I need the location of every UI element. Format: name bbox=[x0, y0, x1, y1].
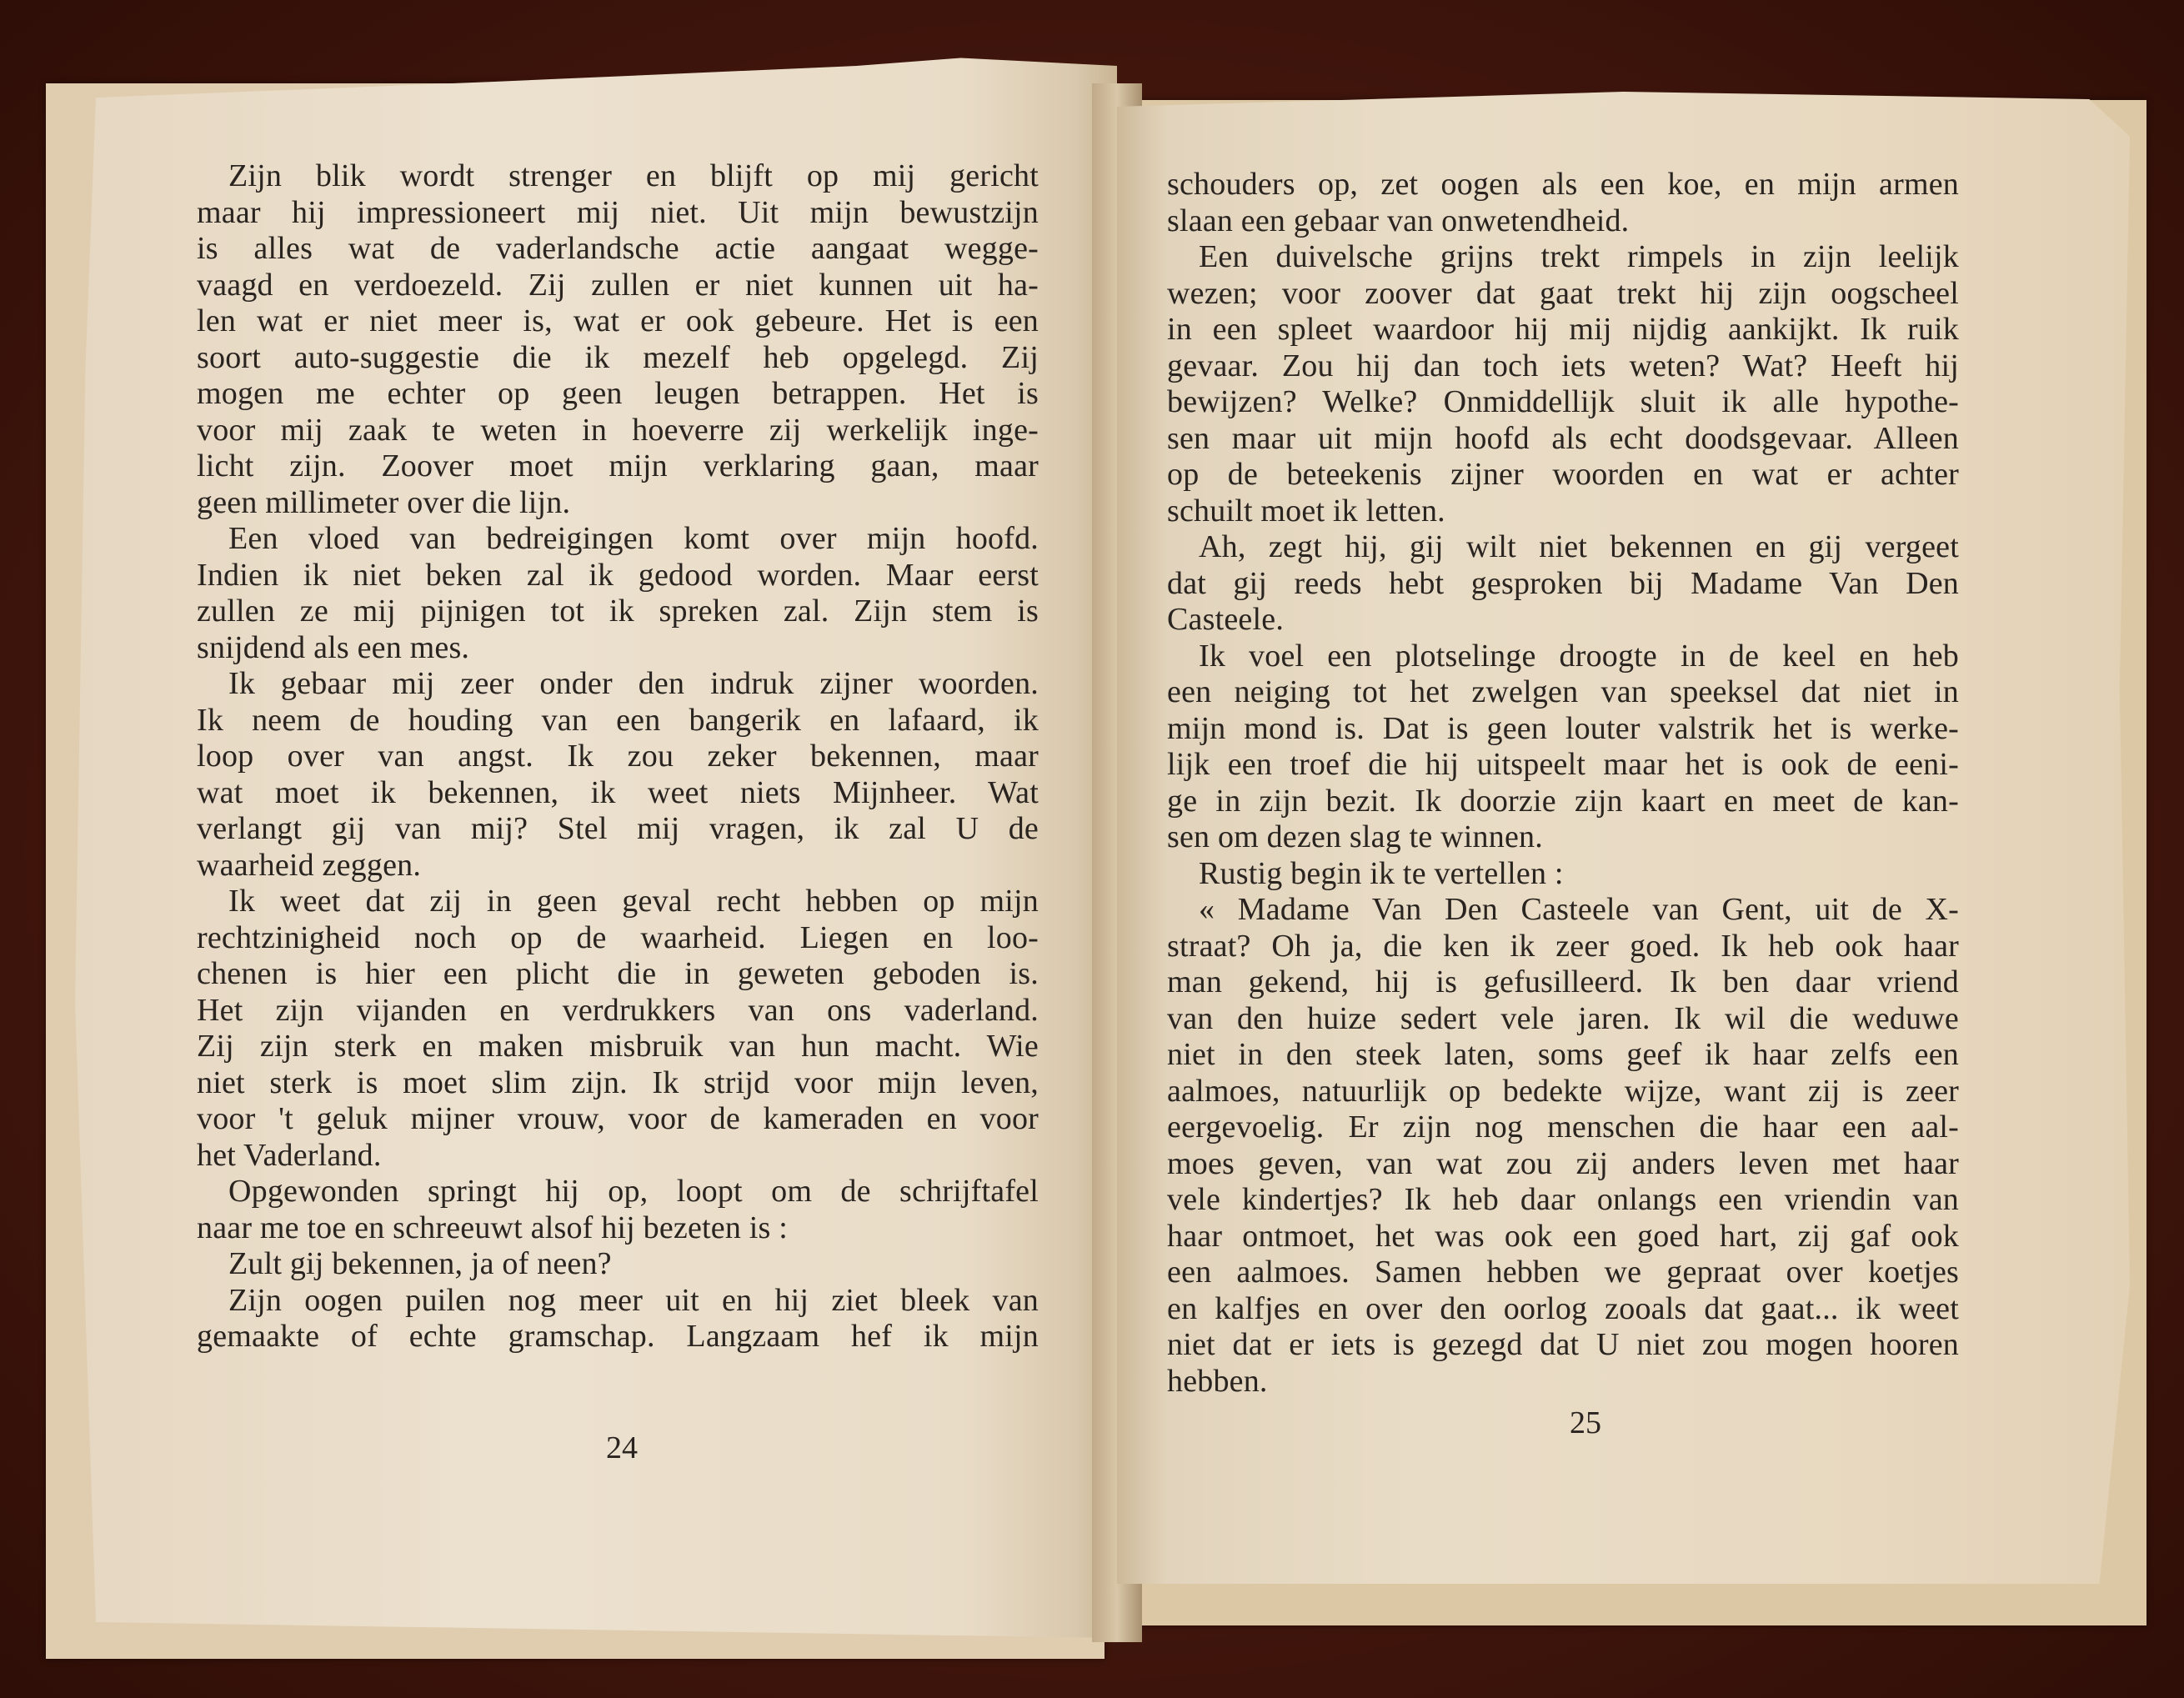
text-line: soort auto-suggestie die ik mezelf heb o… bbox=[197, 340, 1039, 377]
text-line: chenen is hier een plicht die in geweten… bbox=[197, 956, 1039, 993]
text-line: slaan een gebaar van onwetendheid. bbox=[1167, 203, 1959, 240]
text-line: vaagd en verdoezeld. Zij zullen er niet … bbox=[197, 268, 1039, 304]
text-line: schouders op, zet oogen als een koe, en … bbox=[1167, 167, 1959, 203]
text-line: rechtzinigheid noch op de waarheid. Lieg… bbox=[197, 920, 1039, 957]
text-line: lijk een troef die hij uitspeelt maar he… bbox=[1167, 747, 1959, 784]
text-line: Opgewonden springt hij op, loopt om de s… bbox=[197, 1174, 1039, 1210]
text-line: gemaakte of echte gramschap. Langzaam he… bbox=[197, 1319, 1039, 1355]
text-line: Een vloed van bedreigingen komt over mij… bbox=[197, 521, 1039, 558]
text-line: van den huize sedert vele jaren. Ik wil … bbox=[1167, 1001, 1959, 1038]
text-line: mijn mond is. Dat is geen louter valstri… bbox=[1167, 711, 1959, 748]
text-line: schuilt moet ik letten. bbox=[1167, 493, 1959, 530]
text-line: licht zijn. Zoover moet mijn verklaring … bbox=[197, 448, 1039, 485]
text-line: hebben. bbox=[1167, 1364, 1959, 1400]
text-line: niet sterk is moet slim zijn. Ik strijd … bbox=[197, 1065, 1039, 1102]
left-page-text: Zijn blik wordt strenger en blijft op mi… bbox=[197, 158, 1039, 1355]
text-line: moes geven, van wat zou zij anders leven… bbox=[1167, 1146, 1959, 1183]
text-line: wezen; voor zoover dat gaat trekt hij zi… bbox=[1167, 276, 1959, 313]
text-line: snijdend als een mes. bbox=[197, 630, 1039, 667]
text-line: len wat er niet meer is, wat er ook gebe… bbox=[197, 303, 1039, 340]
text-line: niet in den steek laten, soms geef ik ha… bbox=[1167, 1037, 1959, 1074]
text-line: man gekend, hij is gefusilleerd. Ik ben … bbox=[1167, 964, 1959, 1001]
text-line: Zijn blik wordt strenger en blijft op mi… bbox=[197, 158, 1039, 195]
page-number-right: 25 bbox=[1570, 1405, 1601, 1441]
text-line: haar ontmoet, het was ook een goed hart,… bbox=[1167, 1219, 1959, 1255]
text-line: voor mij zaak te weten in hoeverre zij w… bbox=[197, 413, 1039, 449]
text-line: naar me toe en schreeuwt alsof hij bezet… bbox=[197, 1210, 1039, 1247]
text-line: dat gij reeds hebt gesproken bij Madame … bbox=[1167, 566, 1959, 603]
text-line: en kalfjes en over den oorlog zooals dat… bbox=[1167, 1291, 1959, 1328]
text-line: zullen ze mij pijnigen tot ik spreken za… bbox=[197, 594, 1039, 630]
text-line: Rustig begin ik te vertellen : bbox=[1167, 856, 1959, 893]
text-line: in een spleet waardoor hij mij nijdig aa… bbox=[1167, 312, 1959, 348]
text-line: een aalmoes. Samen hebben we gepraat ove… bbox=[1167, 1255, 1959, 1291]
text-line: eergevoelig. Er zijn nog menschen die ha… bbox=[1167, 1109, 1959, 1146]
text-line: is alles wat de vaderlandsche actie aang… bbox=[197, 231, 1039, 268]
text-line: waarheid zeggen. bbox=[197, 848, 1039, 884]
text-line: Zij zijn sterk en maken misbruik van hun… bbox=[197, 1029, 1039, 1065]
text-line: Zijn oogen puilen nog meer uit en hij zi… bbox=[197, 1283, 1039, 1320]
text-line: geen millimeter over die lijn. bbox=[197, 485, 1039, 522]
text-line: straat? Oh ja, die ken ik zeer goed. Ik … bbox=[1167, 929, 1959, 965]
text-line: bewijzen? Welke? Onmiddellijk sluit ik a… bbox=[1167, 384, 1959, 421]
text-line: Ik weet dat zij in geen geval recht hebb… bbox=[197, 884, 1039, 920]
text-line: loop over van angst. Ik zou zeker bekenn… bbox=[197, 739, 1039, 775]
right-page-text: schouders op, zet oogen als een koe, en … bbox=[1167, 167, 1959, 1400]
text-line: op de beteekenis zijner woorden en wat e… bbox=[1167, 457, 1959, 493]
text-line: ge in zijn bezit. Ik doorzie zijn kaart … bbox=[1167, 784, 1959, 820]
text-line: mogen me echter op geen leugen betrappen… bbox=[197, 376, 1039, 413]
text-line: gevaar. Zou hij dan toch iets weten? Wat… bbox=[1167, 348, 1959, 385]
text-line: Ik gebaar mij zeer onder den indruk zijn… bbox=[197, 666, 1039, 703]
text-line: vele kindertjes? Ik heb daar onlangs een… bbox=[1167, 1182, 1959, 1219]
text-line: Ik neem de houding van een bangerik en l… bbox=[197, 703, 1039, 739]
text-line: aalmoes, natuurlijk op bedekte wijze, wa… bbox=[1167, 1074, 1959, 1110]
text-line: Ah, zegt hij, gij wilt niet bekennen en … bbox=[1167, 529, 1959, 566]
text-line: Ik voel een plotselinge droogte in de ke… bbox=[1167, 639, 1959, 675]
text-line: een neiging tot het zwelgen van speeksel… bbox=[1167, 674, 1959, 711]
text-line: Casteele. bbox=[1167, 602, 1959, 639]
text-line: Een duivelsche grijns trekt rimpels in z… bbox=[1167, 239, 1959, 276]
text-line: Zult gij bekennen, ja of neen? bbox=[197, 1246, 1039, 1283]
page-number-left: 24 bbox=[606, 1430, 638, 1466]
text-line: Indien ik niet beken zal ik gedood worde… bbox=[197, 558, 1039, 594]
text-line: maar hij impressioneert mij niet. Uit mi… bbox=[197, 195, 1039, 232]
text-line: niet dat er iets is gezegd dat U niet zo… bbox=[1167, 1327, 1959, 1364]
text-line: verlangt gij van mij? Stel mij vragen, i… bbox=[197, 811, 1039, 848]
text-line: « Madame Van Den Casteele van Gent, uit … bbox=[1167, 892, 1959, 929]
text-line: sen maar uit mijn hoofd als echt doodsge… bbox=[1167, 421, 1959, 458]
text-line: sen om dezen slag te winnen. bbox=[1167, 819, 1959, 856]
text-line: voor 't geluk mijner vrouw, voor de kame… bbox=[197, 1101, 1039, 1138]
text-line: Het zijn vijanden en verdrukkers van ons… bbox=[197, 993, 1039, 1029]
text-line: wat moet ik bekennen, ik weet niets Mijn… bbox=[197, 775, 1039, 812]
text-line: het Vaderland. bbox=[197, 1138, 1039, 1175]
